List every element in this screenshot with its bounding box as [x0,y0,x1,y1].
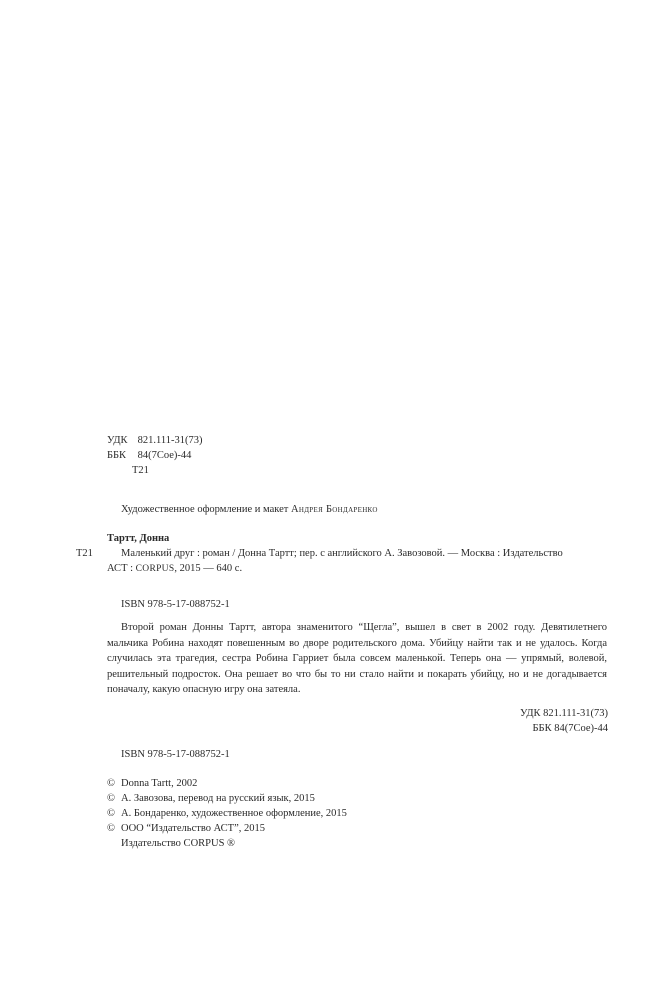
publication-details: , 2015 — 640 с. [174,563,242,574]
bbk-label: ББК [107,448,135,463]
copyright-icon: © [107,791,121,806]
design-credit: Художественное оформление и макет Андрея… [121,502,378,517]
copyright-line: ©А. Завозова, перевод на русский язык, 2… [107,791,347,806]
copyright-icon: © [107,776,121,791]
copyright-line: ©Donna Tartt, 2002 [107,776,347,791]
copyright-line: ©А. Бондаренко, художественное оформлени… [107,806,347,821]
copyright-text: Donna Tartt, 2002 [121,778,197,789]
author-heading: Тартт, Донна [107,531,169,546]
classification-codes: УДК 821.111-31(73) ББК 84(7Сое)-44 Т21 [107,433,202,478]
author-mark: Т21 [107,463,202,478]
copyright-text: ООО “Издательство АСТ”, 2015 [121,823,265,834]
udk-row: УДК 821.111-31(73) [107,433,202,448]
bbk-row: ББК 84(7Сое)-44 [107,448,202,463]
bibliographic-description: Маленький друг : роман / Донна Тартт; пе… [121,546,563,561]
copyright-line: ©ООО “Издательство АСТ”, 2015 [107,821,347,836]
udk-right: УДК 821.111-31(73) [520,706,608,721]
annotation-text: Второй роман Донны Тартт, автора знамени… [107,622,607,695]
bbk-right: ББК 84(7Сое)-44 [520,721,608,736]
annotation-paragraph: Второй роман Донны Тартт, автора знамени… [107,620,607,698]
bibliographic-description-cont: АСТ : CORPUS, 2015 — 640 с. [107,561,242,577]
margin-author-mark: Т21 [76,546,93,561]
copyright-icon: © [107,821,121,836]
imprint-text: Издательство CORPUS ® [121,838,235,849]
designer-name: Андрея Бондаренко [291,504,378,515]
copyright-text: А. Завозова, перевод на русский язык, 20… [121,793,315,804]
isbn-bottom: ISBN 978-5-17-088752-1 [121,747,230,762]
isbn-top: ISBN 978-5-17-088752-1 [121,597,230,612]
udk-label: УДК [107,433,135,448]
design-credit-text: Художественное оформление и макет [121,504,291,515]
copyright-text: А. Бондаренко, художественное оформление… [121,808,347,819]
publisher-prefix: АСТ : [107,563,136,574]
copyright-list: ©Donna Tartt, 2002 ©А. Завозова, перевод… [107,776,347,851]
classification-codes-right: УДК 821.111-31(73) ББК 84(7Сое)-44 [520,706,608,736]
imprint-name: CORPUS [136,564,175,574]
bbk-value: 84(7Сое)-44 [138,450,192,461]
imprint-line: Издательство CORPUS ® [107,836,347,851]
copyright-icon: © [107,806,121,821]
udk-value: 821.111-31(73) [138,435,203,446]
